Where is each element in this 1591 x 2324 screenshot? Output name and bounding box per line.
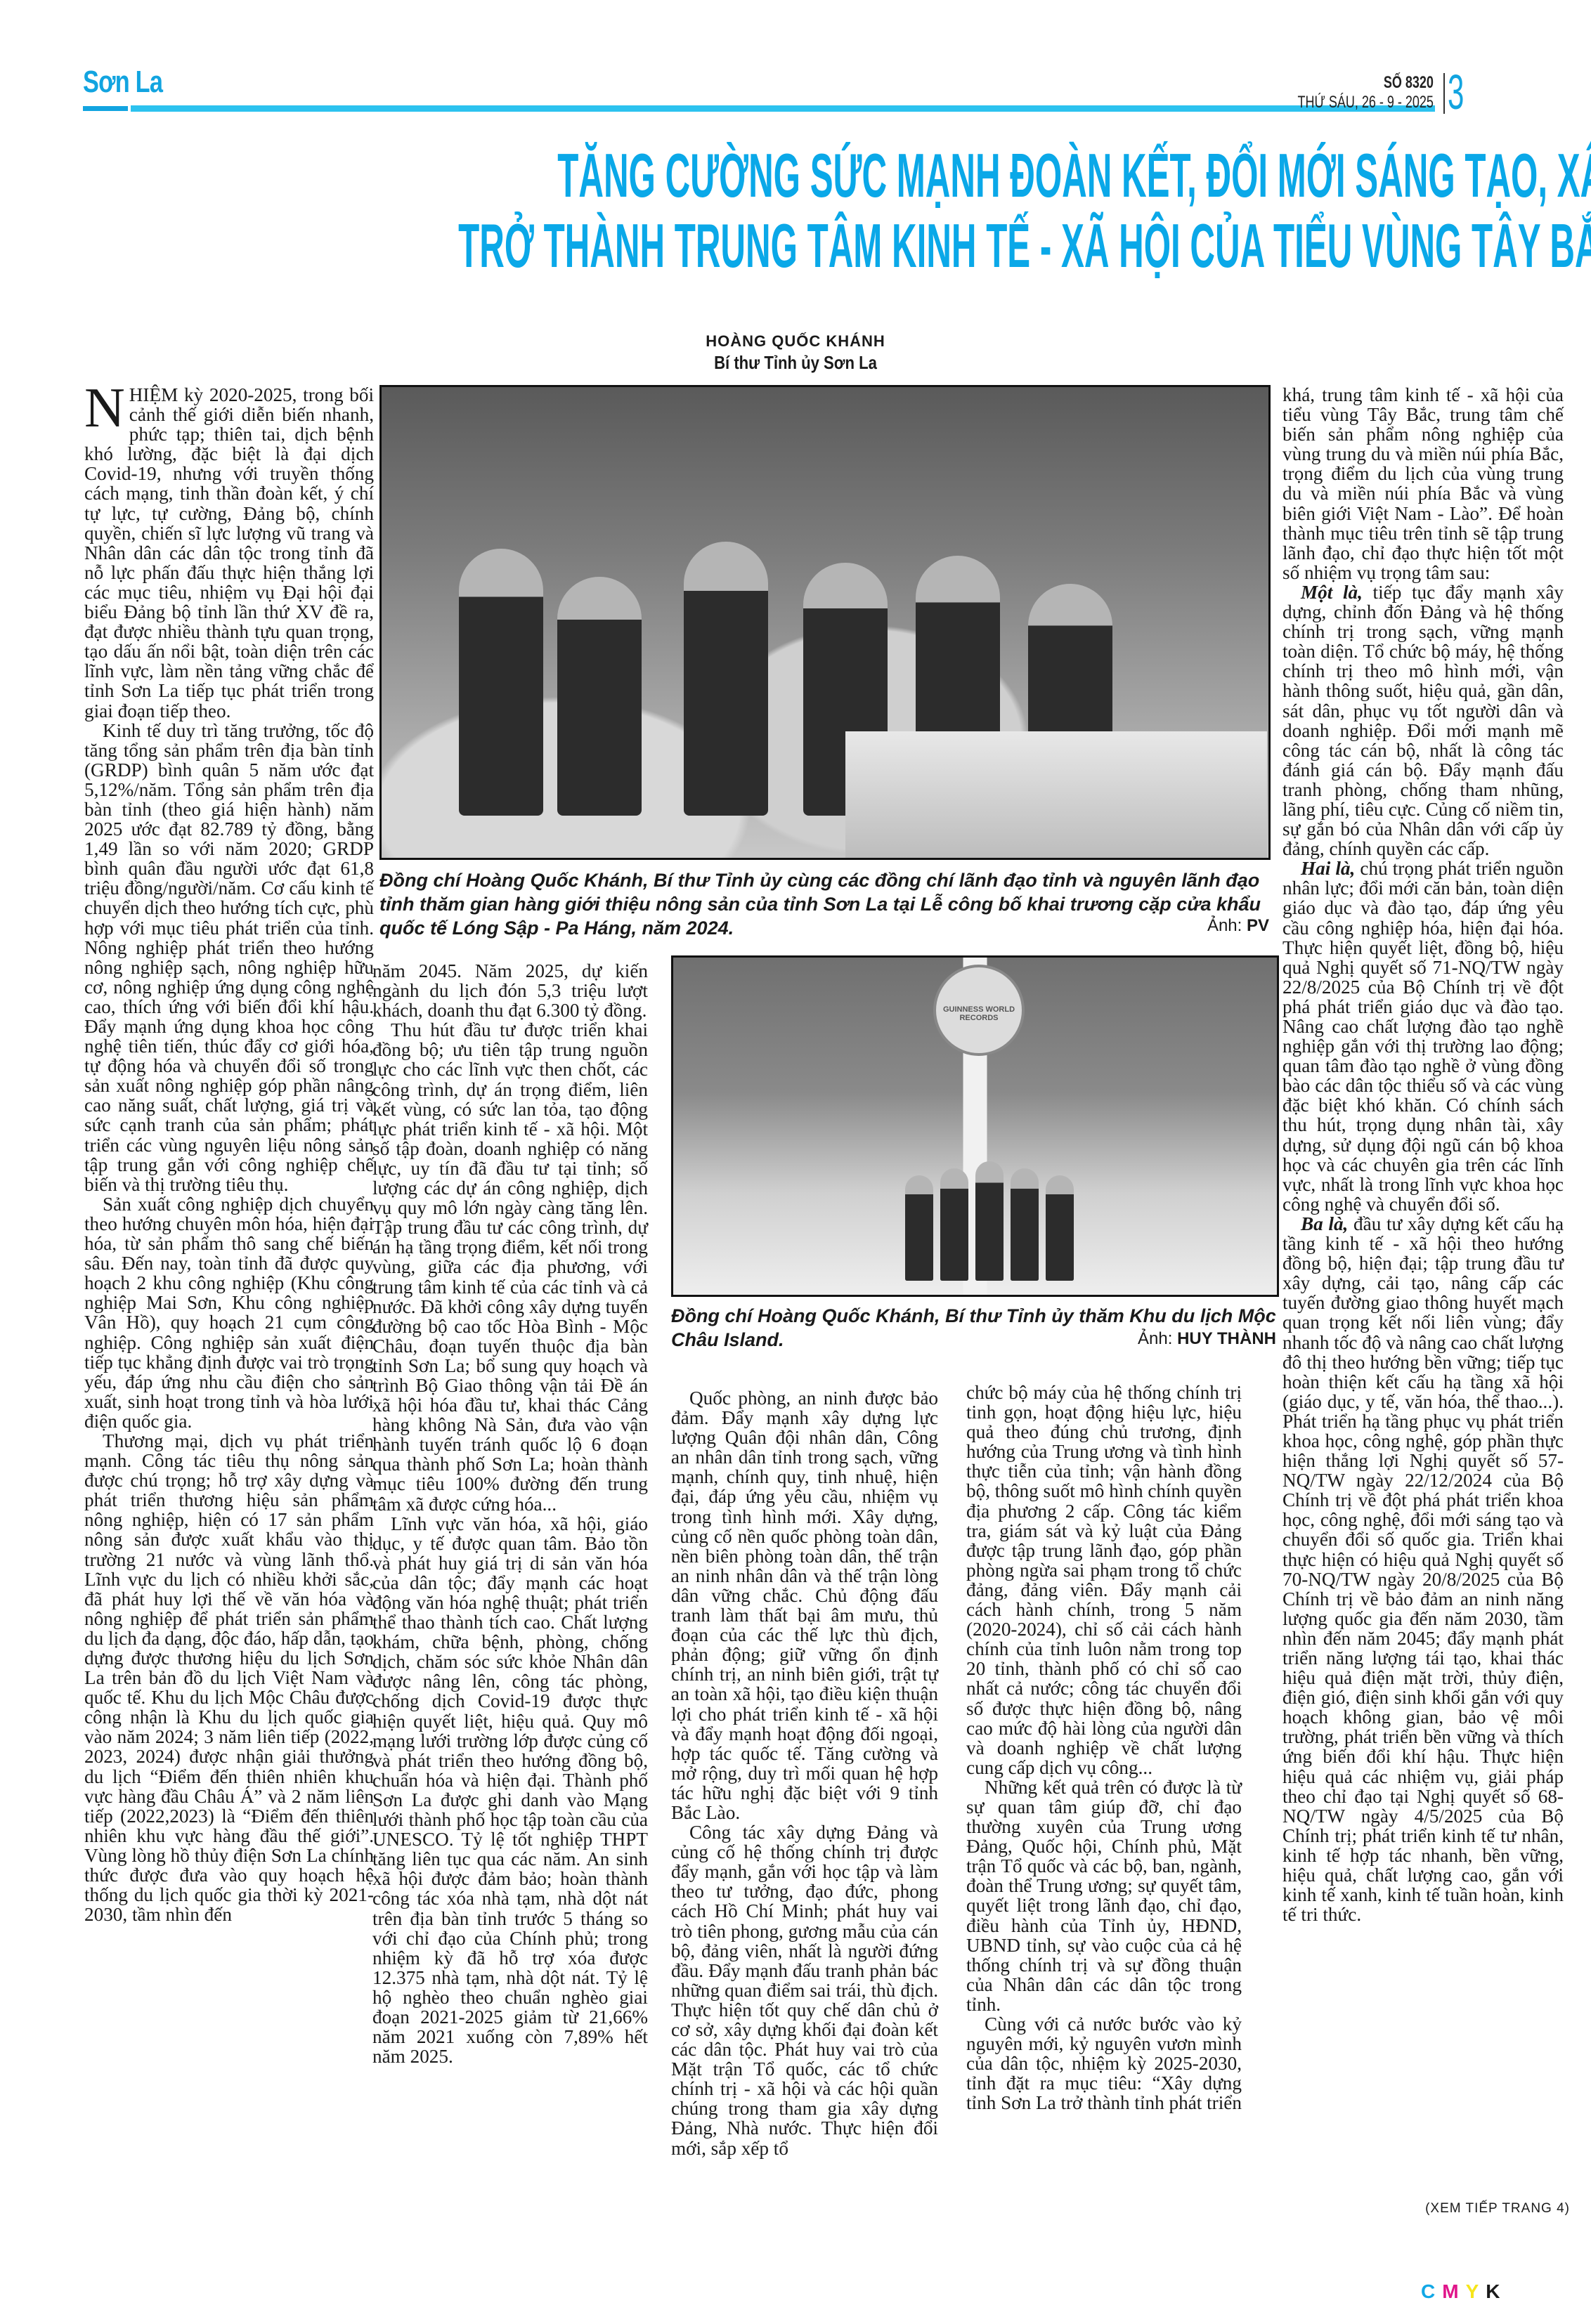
photo-1-credit: Ảnh: PV	[1207, 916, 1269, 936]
paragraph: Ba là, đầu tư xây dựng kết cấu hạ tầng k…	[1282, 1214, 1564, 1924]
article-column-3: Quốc phòng, an ninh được bảo đảm. Đẩy mạ…	[671, 1388, 938, 2158]
person-figure	[1011, 1168, 1039, 1281]
photo-glass-bridge-moc-chau: GUINNESS WORLD RECORDS	[671, 955, 1279, 1297]
person-figure	[684, 542, 768, 816]
person-figure	[940, 1168, 968, 1281]
person-figure	[975, 1161, 1004, 1281]
person-figure	[557, 577, 642, 816]
paragraph: Thương mại, dịch vụ phát triển mạnh. Côn…	[84, 1431, 374, 1924]
headline-line-1: TĂNG CƯỜNG SỨC MẠNH ĐOÀN KẾT, ĐỔI MỚI SÁ…	[0, 141, 1591, 211]
page-number: 3	[1448, 67, 1464, 117]
masthead-rule-short	[83, 106, 128, 111]
issue-number: SỐ 8320	[1298, 73, 1434, 93]
continued-on-page-link[interactable]: (XEM TIẾP TRANG 4)	[1425, 2201, 1570, 2217]
lead-in: Hai là,	[1301, 858, 1355, 879]
paragraph: Sản xuất công nghiệp dịch chuyển theo hư…	[84, 1194, 374, 1431]
guinness-sign: GUINNESS WORLD RECORDS	[933, 965, 1025, 1056]
section-name: Sơn La	[83, 65, 162, 100]
person-figure	[905, 1175, 933, 1281]
photo-2-credit: Ảnh: HUY THÀNH	[1138, 1329, 1276, 1349]
paragraph: Quốc phòng, an ninh được bảo đảm. Đẩy mạ…	[671, 1388, 938, 1822]
paragraph: Một là, tiếp tục đẩy mạnh xây dựng, chỉn…	[1282, 582, 1564, 859]
author-name: HOÀNG QUỐC KHÁNH	[0, 332, 1591, 351]
lead-in: Ba là,	[1301, 1213, 1348, 1234]
photo-officials-visiting-booth	[379, 385, 1271, 860]
person-figure	[1046, 1175, 1074, 1281]
issue-date: THỨ SÁU, 26 - 9 - 2025	[1298, 93, 1434, 112]
drop-cap: N	[84, 386, 125, 430]
paragraph: khá, trung tâm kinh tế - xã hội của tiểu…	[1282, 385, 1564, 582]
paragraph: Thu hút đầu tư được triển khai đồng bộ; …	[372, 1020, 648, 1513]
person-figure	[459, 549, 543, 816]
paragraph: Công tác xây dựng Đảng và củng cố hệ thố…	[671, 1822, 938, 2158]
article-column-4: chức bộ máy của hệ thống chính trị tinh …	[966, 1383, 1242, 2113]
paragraph: Lĩnh vực văn hóa, xã hội, giáo dục, y tế…	[372, 1514, 648, 2067]
paragraph: Cùng với cả nước bước vào kỷ nguyên mới,…	[966, 2014, 1242, 2113]
headline-line-2: TRỞ THÀNH TRUNG TÂM KINH TẾ - XÃ HỘI CỦA…	[0, 211, 1591, 281]
photo-1-caption: Đồng chí Hoàng Quốc Khánh, Bí thư Tỉnh ủ…	[379, 868, 1271, 940]
paragraph: chức bộ máy của hệ thống chính trị tinh …	[966, 1383, 1242, 1777]
author-title: Bí thư Tỉnh ủy Sơn La	[119, 351, 1472, 374]
article-column-2: năm 2045. Năm 2025, dự kiến ngành du lịc…	[372, 961, 648, 2066]
issue-info: SỐ 8320 THỨ SÁU, 26 - 9 - 2025	[1252, 73, 1434, 112]
paragraph: năm 2045. Năm 2025, dự kiến ngành du lịc…	[372, 961, 648, 1020]
paragraph: Những kết quả trên có được là từ sự quan…	[966, 1777, 1242, 2014]
article-column-5: khá, trung tâm kinh tế - xã hội của tiểu…	[1282, 385, 1564, 1924]
byline: HOÀNG QUỐC KHÁNH Bí thư Tỉnh ủy Sơn La	[0, 332, 1591, 374]
product-display-table	[845, 731, 1267, 858]
lead-in: Một là,	[1301, 582, 1363, 603]
masthead-rule	[131, 105, 1435, 112]
page-number-divider	[1443, 73, 1445, 114]
paragraph: Hai là, chú trọng phát triển nguồn nhân …	[1282, 859, 1564, 1214]
cmyk-registration-mark: CMYK	[1421, 2280, 1507, 2303]
article-column-1: NHIỆM kỳ 2020-2025, trong bối cảnh thế g…	[84, 385, 374, 1924]
paragraph: Kinh tế duy trì tăng trưởng, tốc độ tăng…	[84, 721, 374, 1194]
paragraph: NHIỆM kỳ 2020-2025, trong bối cảnh thế g…	[84, 385, 374, 721]
